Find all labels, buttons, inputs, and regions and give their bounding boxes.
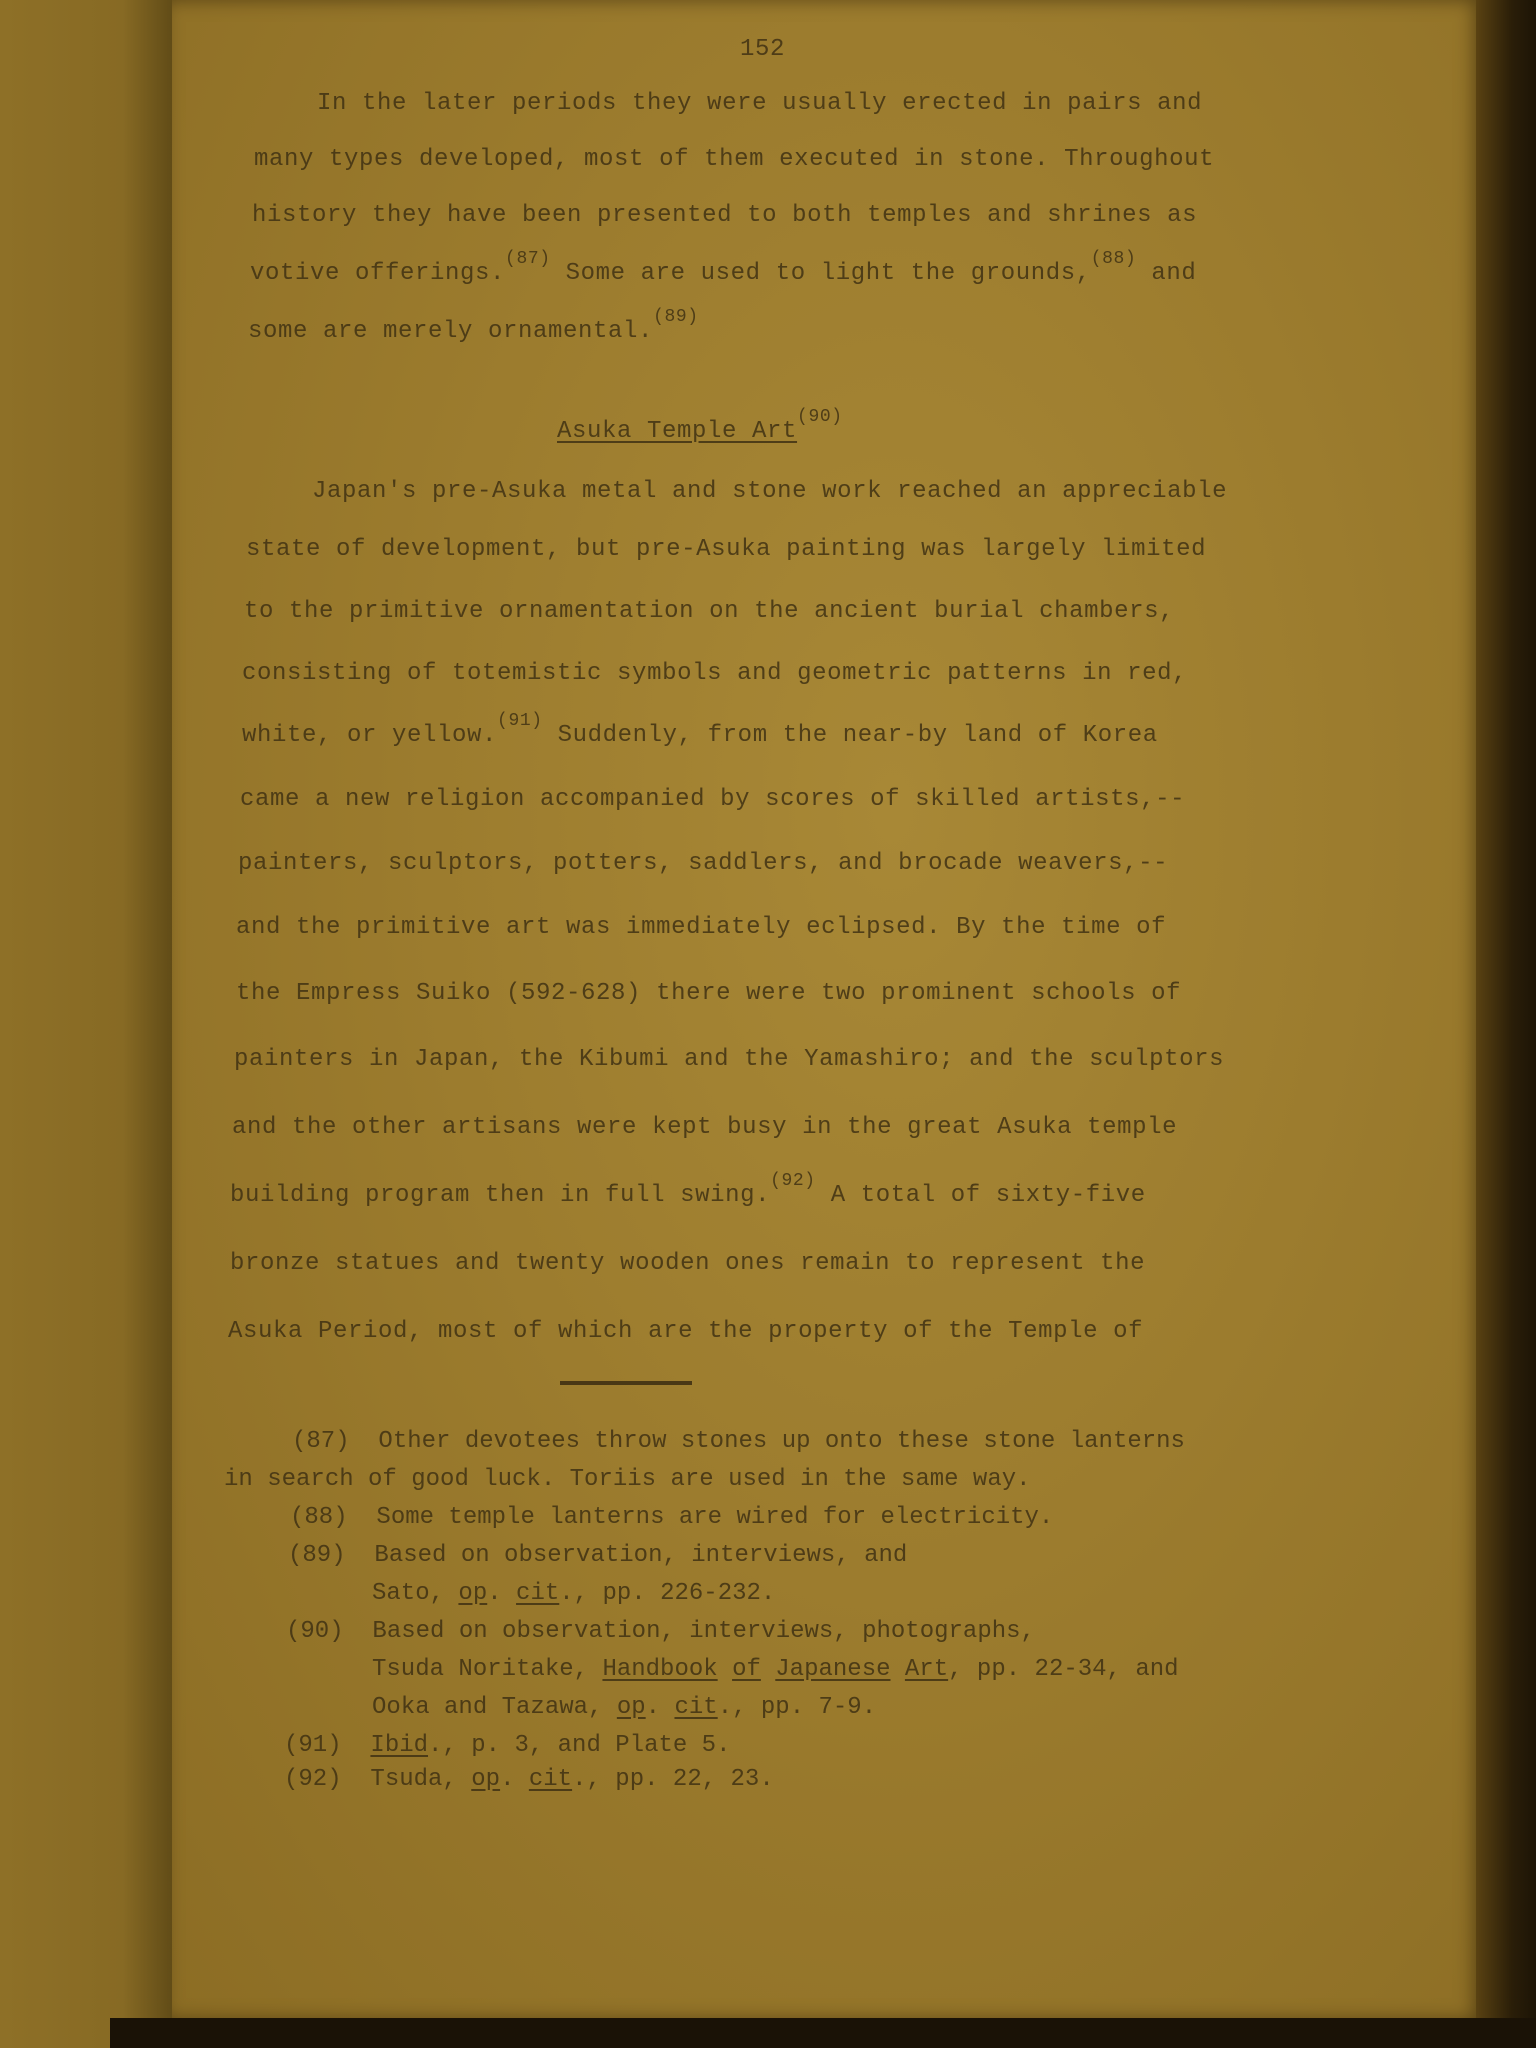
footnote-ref-90[interactable]: (90)	[797, 407, 843, 427]
footnote-number: (92)	[284, 1766, 342, 1793]
footnote-87-continued: in search of good luck. Toriis are used …	[224, 1466, 1031, 1493]
footnote-ref-92[interactable]: (92)	[770, 1171, 816, 1191]
section-heading: Asuka Temple Art(90)	[557, 418, 843, 445]
footnote-92: (92) Tsuda, op. cit., pp. 22, 23.	[284, 1766, 774, 1793]
text-run: ., pp. 7-9.	[718, 1694, 876, 1721]
paragraph-2-line-12: building program then in full swing.(92)…	[230, 1182, 1146, 1209]
underlined-text: Ibid	[370, 1732, 428, 1759]
footnote-number: (89)	[288, 1542, 346, 1569]
footnote-89: (89) Based on observation, interviews, a…	[288, 1542, 907, 1569]
paragraph-1-line-3: history they have been presented to both…	[252, 202, 1197, 229]
text-run: building program then in full swing.	[230, 1182, 770, 1209]
text-run: A total of sixty-five	[816, 1182, 1146, 1209]
footnote-90-citation-1: Tsuda Noritake, Handbook of Japanese Art…	[372, 1656, 1179, 1683]
text-run: Tsuda Noritake,	[372, 1656, 602, 1683]
paragraph-2-line-5: white, or yellow.(91) Suddenly, from the…	[242, 722, 1158, 749]
footnote-text: Other devotees throw stones up onto thes…	[378, 1428, 1185, 1455]
underlined-text: of	[732, 1656, 761, 1683]
footnote-ref-89[interactable]: (89)	[653, 307, 699, 327]
footnote-87: (87) Other devotees throw stones up onto…	[292, 1428, 1185, 1455]
paragraph-2-line-8: and the primitive art was immediately ec…	[236, 914, 1166, 941]
text-run: Tsuda,	[370, 1766, 471, 1793]
paragraph-2-line-10: painters in Japan, the Kibumi and the Ya…	[234, 1046, 1224, 1073]
text-run: votive offerings.	[250, 260, 505, 287]
text-run: .	[487, 1580, 516, 1607]
footnote-90-citation-2: Ooka and Tazawa, op. cit., pp. 7-9.	[372, 1694, 876, 1721]
footnote-number: (88)	[290, 1504, 348, 1531]
text-run: and	[1136, 260, 1196, 287]
paragraph-2-line-4: consisting of totemistic symbols and geo…	[242, 660, 1187, 687]
footnote-90: (90) Based on observation, interviews, p…	[286, 1618, 1035, 1645]
footnote-number: (91)	[284, 1732, 342, 1759]
text-run: .	[500, 1766, 529, 1793]
text-run: Ooka and Tazawa,	[372, 1694, 617, 1721]
page-number: 152	[740, 36, 785, 63]
paragraph-1-line-1: In the later periods they were usually e…	[317, 90, 1202, 117]
text-run: some are merely ornamental.	[248, 318, 653, 345]
footnote-ref-87[interactable]: (87)	[505, 249, 551, 269]
underlined-text: Japanese	[775, 1656, 890, 1683]
footnote-88: (88) Some temple lanterns are wired for …	[290, 1504, 1053, 1531]
bottom-edge-shadow	[110, 2018, 1536, 2048]
text-run: ., p. 3, and Plate 5.	[428, 1732, 730, 1759]
text-run: Sato,	[372, 1580, 458, 1607]
text-run	[761, 1656, 775, 1683]
underlined-text: op	[471, 1766, 500, 1793]
heading-title: Asuka Temple Art	[557, 418, 797, 445]
footnote-text: Some temple lanterns are wired for elect…	[376, 1504, 1053, 1531]
underlined-text: Art	[905, 1656, 948, 1683]
underlined-text: cit	[516, 1580, 559, 1607]
footnote-text: Based on observation, interviews, and	[374, 1542, 907, 1569]
paragraph-2-line-11: and the other artisans were kept busy in…	[232, 1114, 1177, 1141]
paragraph-2-line-1: Japan's pre-Asuka metal and stone work r…	[312, 478, 1227, 505]
document-page: 152 In the later periods they were usual…	[172, 0, 1482, 2020]
underlined-text: op	[458, 1580, 487, 1607]
text-run	[891, 1656, 905, 1683]
text-run: Some are used to light the grounds,	[551, 260, 1091, 287]
footnote-text: Based on observation, interviews, photog…	[372, 1618, 1035, 1645]
paragraph-1-line-2: many types developed, most of them execu…	[254, 146, 1214, 173]
paragraph-2-line-7: painters, sculptors, potters, saddlers, …	[238, 850, 1168, 877]
text-run: .	[646, 1694, 675, 1721]
underlined-text: op	[617, 1694, 646, 1721]
paragraph-2-line-2: state of development, but pre-Asuka pain…	[246, 536, 1206, 563]
underlined-text: Handbook	[602, 1656, 717, 1683]
footnote-91: (91) Ibid., p. 3, and Plate 5.	[284, 1732, 730, 1759]
text-run: Suddenly, from the near-by land of Korea	[543, 722, 1158, 749]
footnote-number: (90)	[286, 1618, 344, 1645]
paragraph-2-line-3: to the primitive ornamentation on the an…	[244, 598, 1174, 625]
paragraph-1-line-4: votive offerings.(87) Some are used to l…	[250, 260, 1196, 287]
right-page-edge-shadow	[1476, 0, 1536, 2048]
footnote-ref-91[interactable]: (91)	[497, 711, 543, 731]
text-run: ., pp. 22, 23.	[572, 1766, 774, 1793]
underlined-text: cit	[674, 1694, 717, 1721]
footnote-separator-rule	[560, 1381, 692, 1385]
text-run: , pp. 22-34, and	[948, 1656, 1178, 1683]
paragraph-2-line-13: bronze statues and twenty wooden ones re…	[230, 1250, 1145, 1277]
paragraph-2-line-6: came a new religion accompanied by score…	[240, 786, 1185, 813]
paragraph-1-line-5: some are merely ornamental.(89)	[248, 318, 699, 345]
footnote-89-citation: Sato, op. cit., pp. 226-232.	[372, 1580, 775, 1607]
left-page-edge	[0, 0, 175, 2048]
text-run	[718, 1656, 732, 1683]
text-run: ., pp. 226-232.	[559, 1580, 775, 1607]
paragraph-2-line-9: the Empress Suiko (592-628) there were t…	[236, 980, 1181, 1007]
footnote-number: (87)	[292, 1428, 350, 1455]
paragraph-2-line-14: Asuka Period, most of which are the prop…	[228, 1318, 1143, 1345]
text-run: white, or yellow.	[242, 722, 497, 749]
footnote-ref-88[interactable]: (88)	[1091, 249, 1137, 269]
underlined-text: cit	[529, 1766, 572, 1793]
